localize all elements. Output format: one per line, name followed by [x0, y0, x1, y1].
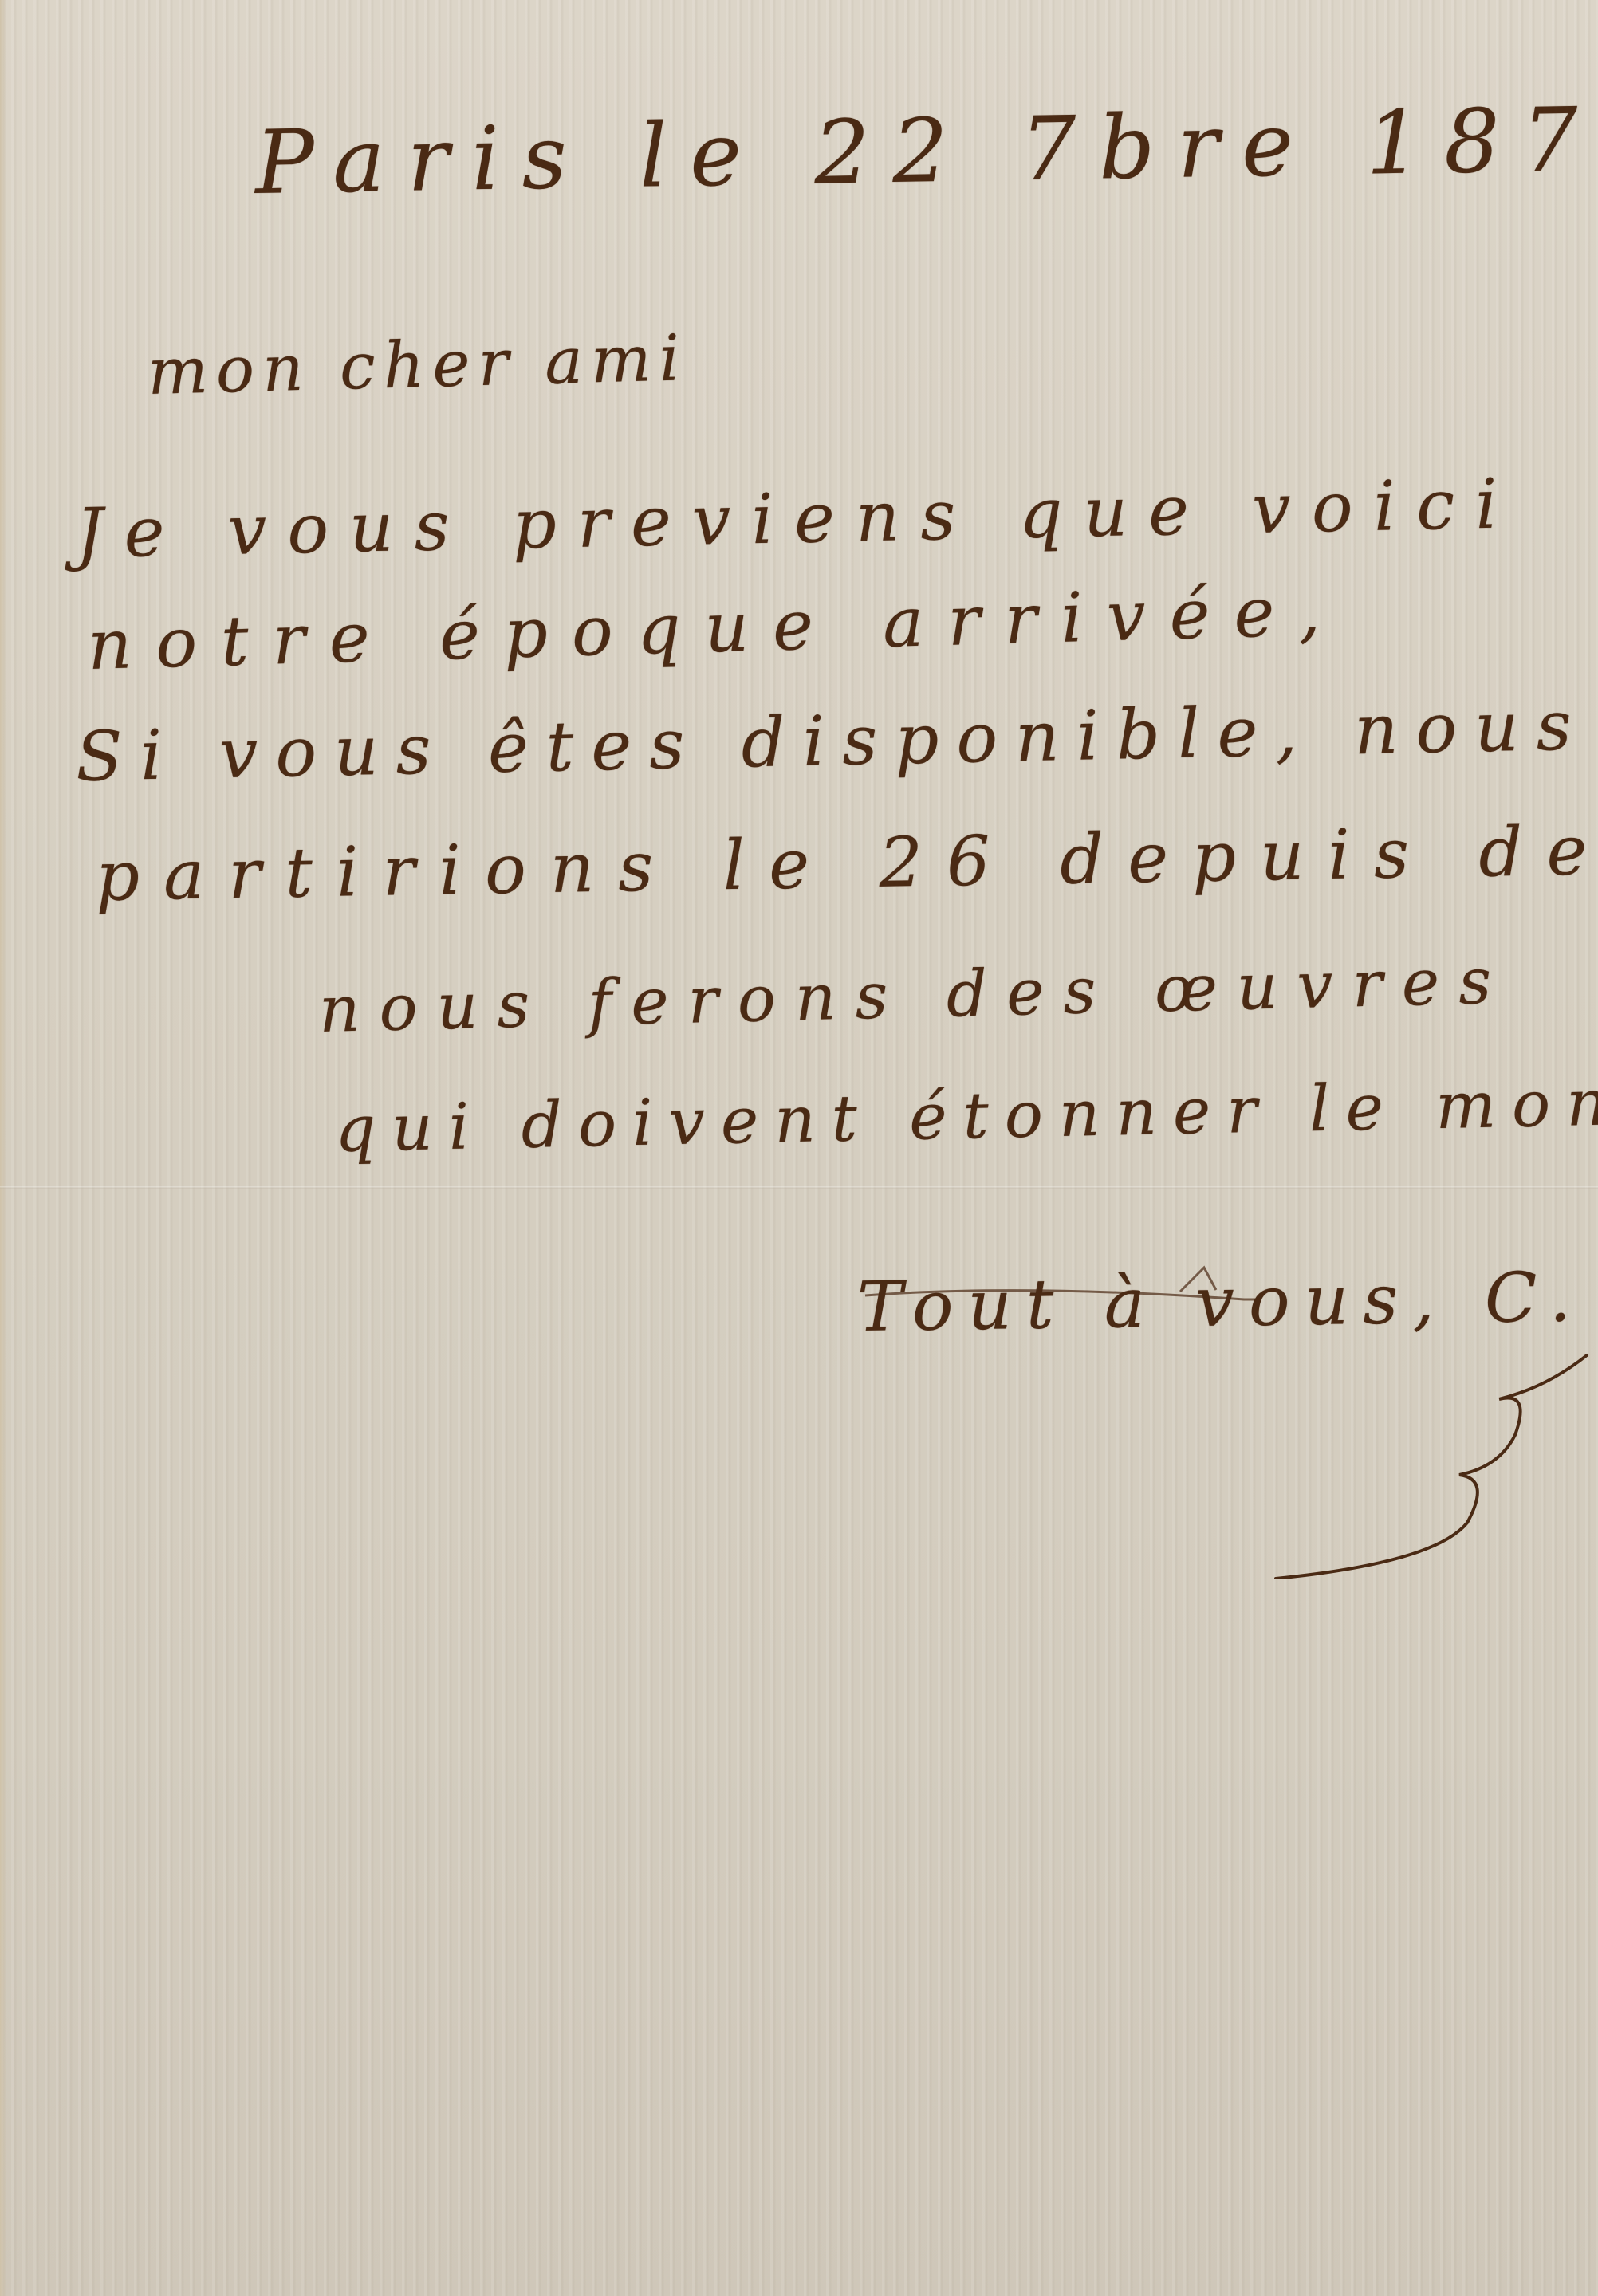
paper-fold-line — [0, 1186, 1598, 1189]
paper-edge — [0, 0, 6, 2296]
letter-body-line-5: nous ferons des œuvres — [318, 943, 1511, 1046]
letter-salutation: mon cher ami — [147, 320, 689, 409]
signature-flourish-icon — [1260, 1339, 1595, 1578]
letter-closing-signature: Tout à vous, C. Corot — [856, 1253, 1598, 1347]
letter-body-line-1: Je vous previens que voici — [75, 464, 1519, 574]
letter-body-line-6: qui doivent étonner le monde — [334, 1063, 1598, 1166]
letter-paper: Paris le 22 7bre 1872 mon cher ami Je vo… — [0, 0, 1598, 2296]
letter-body-line-4: partirions le 26 depuis de midi — [95, 805, 1598, 917]
letter-body-line-3: Si vous êtes disponible, nous — [75, 686, 1590, 797]
letter-date-line: Paris le 22 7bre 1872 — [254, 87, 1598, 214]
letter-body-line-2: notre époque arrivée, — [87, 571, 1345, 686]
